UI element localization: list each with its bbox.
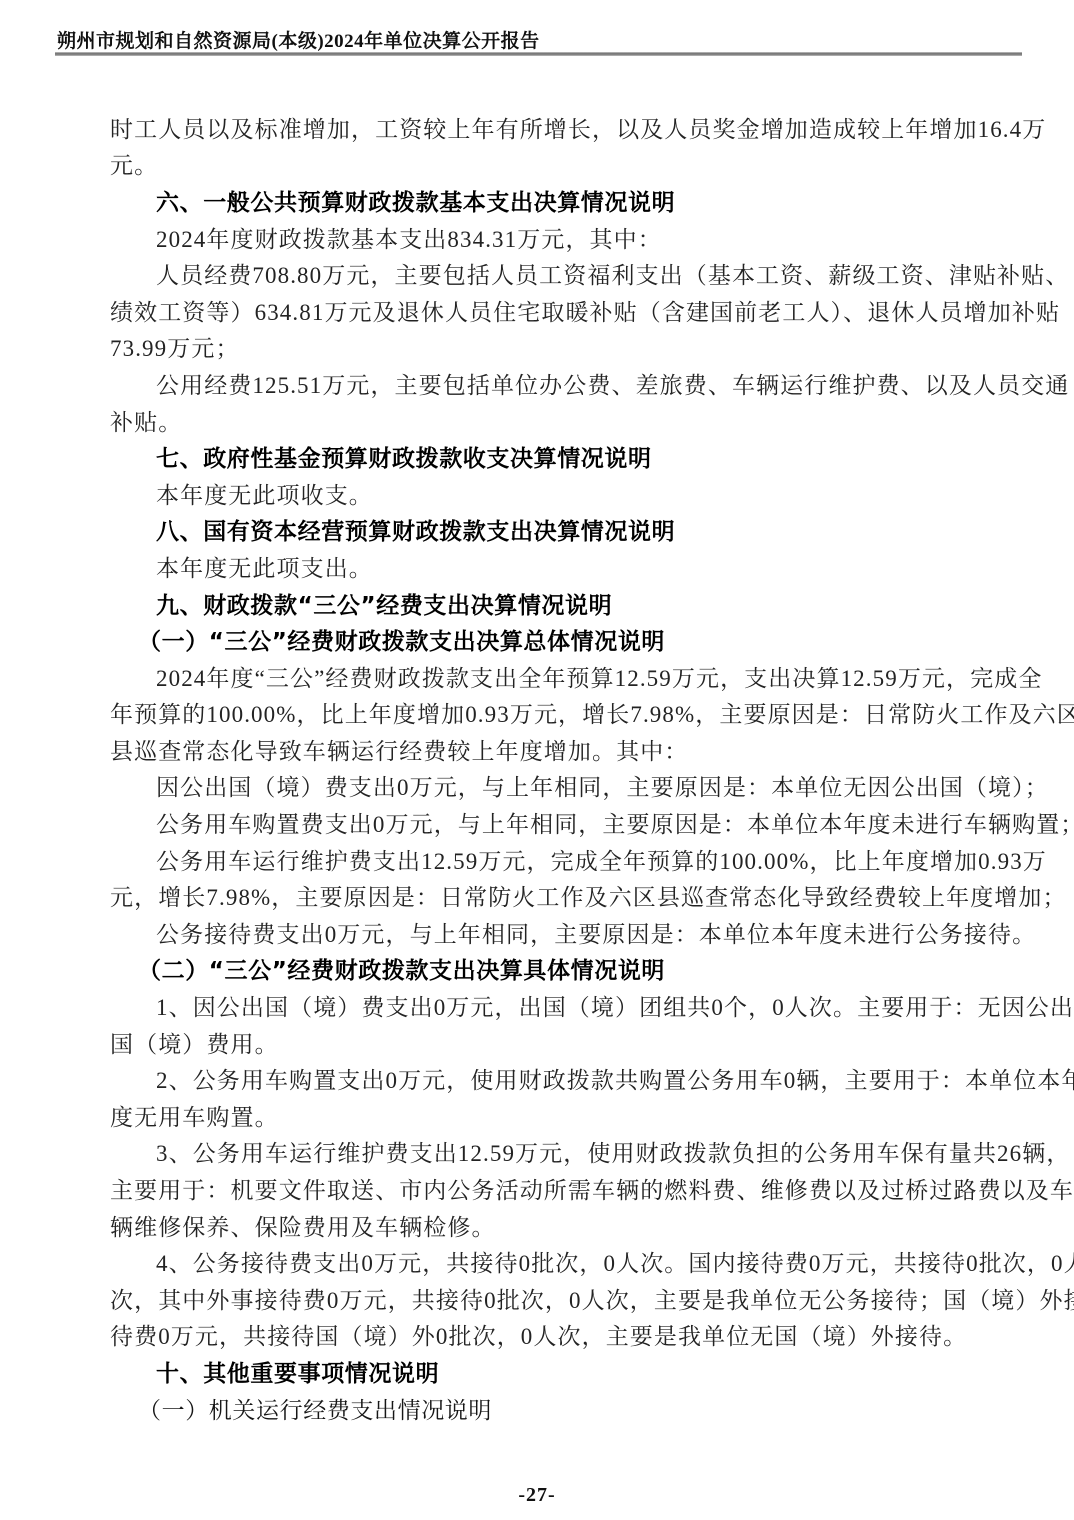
body-line: 补贴。 (110, 402, 963, 439)
body-line: 2、公务用车购置支出0万元，使用财政拨款共购置公务用车0辆，主要用于：本单位本年 (110, 1060, 963, 1097)
body-line: 次，其中外事接待费0万元，共接待0批次，0人次，主要是我单位无公务接待；国（境）… (110, 1280, 963, 1317)
body-line: 73.99万元； (110, 329, 963, 366)
body-line: 元。 (110, 146, 963, 183)
body-line: 公务接待费支出0万元，与上年相同，主要原因是：本单位本年度未进行公务接待。 (110, 914, 963, 951)
section-heading-6: 六、一般公共预算财政拨款基本支出决算情况说明 (110, 182, 963, 219)
body-line: 公用经费125.51万元，主要包括单位办公费、差旅费、车辆运行维护费、以及人员交… (110, 365, 963, 402)
page-number: -27- (0, 1484, 1074, 1507)
subsection-heading-2: （二）“三公”经费财政拨款支出决算具体情况说明 (110, 951, 963, 988)
body-line: 主要用于：机要文件取送、市内公务活动所需车辆的燃料费、维修费以及过桥过路费以及车 (110, 1170, 963, 1207)
body-line: 4、公务接待费支出0万元，共接待0批次，0人次。国内接待费0万元，共接待0批次，… (110, 1243, 963, 1280)
document-page: 朔州市规划和自然资源局(本级)2024年单位决算公开报告 时工人员以及标准增加，… (0, 0, 1074, 1520)
body-line: 辆维修保养、保险费用及车辆检修。 (110, 1207, 963, 1244)
body-line: 人员经费708.80万元，主要包括人员工资福利支出（基本工资、薪级工资、津贴补贴… (110, 255, 963, 292)
body-line: 公务用车运行维护费支出12.59万元，完成全年预算的100.00%，比上年度增加… (110, 841, 963, 878)
body-line: 时工人员以及标准增加，工资较上年有所增长，以及人员奖金增加造成较上年增加16.4… (110, 109, 963, 146)
body-line: 2024年度财政拨款基本支出834.31万元，其中： (110, 219, 963, 256)
body-line: 年预算的100.00%，比上年度增加0.93万元，增长7.98%，主要原因是：日… (110, 695, 963, 732)
body-line: 3、公务用车运行维护费支出12.59万元，使用财政拨款负担的公务用车保有量共26… (110, 1134, 963, 1171)
body-line: 待费0万元，共接待国（境）外0批次，0人次，主要是我单位无国（境）外接待。 (110, 1317, 963, 1354)
subsection-heading-1: （一）“三公”经费财政拨款支出决算总体情况说明 (110, 621, 963, 658)
section-heading-7: 七、政府性基金预算财政拨款收支决算情况说明 (110, 438, 963, 475)
body-line: 元，增长7.98%，主要原因是：日常防火工作及六区县巡查常态化导致经费较上年度增… (110, 877, 963, 914)
section-heading-9: 九、财政拨款“三公”经费支出决算情况说明 (110, 585, 963, 622)
body-line: 本年度无此项收支。 (110, 475, 963, 512)
body-line: 绩效工资等）634.81万元及退休人员住宅取暖补贴（含建国前老工人）、退休人员增… (110, 292, 963, 329)
section-heading-8: 八、国有资本经营预算财政拨款支出决算情况说明 (110, 512, 963, 549)
section-heading-10: 十、其他重要事项情况说明 (110, 1353, 963, 1390)
document-header-title: 朔州市规划和自然资源局(本级)2024年单位决算公开报告 (57, 26, 540, 53)
body-line: 国（境）费用。 (110, 1024, 963, 1061)
body-line: 本年度无此项支出。 (110, 548, 963, 585)
body-line: 因公出国（境）费支出0万元，与上年相同，主要原因是：本单位无因公出国（境）； (110, 768, 963, 805)
subsection-heading-3: （一）机关运行经费支出情况说明 (110, 1390, 963, 1427)
body-line: 县巡查常态化导致车辆运行经费较上年度增加。其中： (110, 731, 963, 768)
body-line: 度无用车购置。 (110, 1097, 963, 1134)
document-body: 时工人员以及标准增加，工资较上年有所增长，以及人员奖金增加造成较上年增加16.4… (110, 109, 963, 1426)
body-line: 2024年度“三公”经费财政拨款支出全年预算12.59万元，支出决算12.59万… (110, 658, 963, 695)
header-rule (55, 52, 1022, 56)
body-line: 公务用车购置费支出0万元，与上年相同，主要原因是：本单位本年度未进行车辆购置； (110, 804, 963, 841)
body-line: 1、因公出国（境）费支出0万元，出国（境）团组共0个，0人次。主要用于：无因公出 (110, 987, 963, 1024)
